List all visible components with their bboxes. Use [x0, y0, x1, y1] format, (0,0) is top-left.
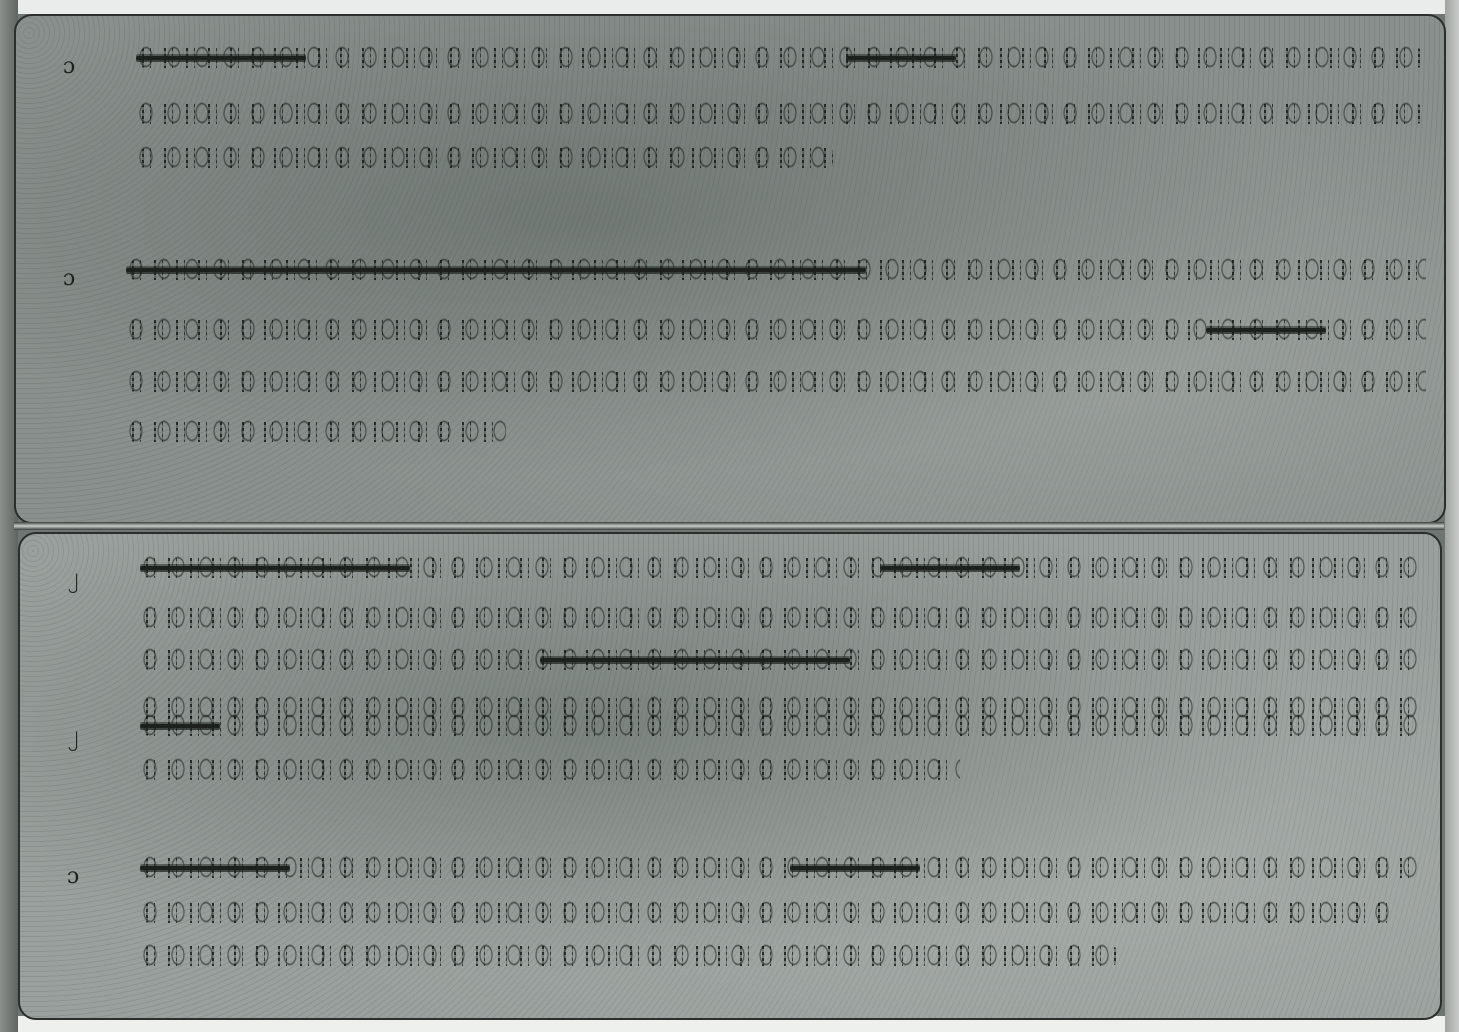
ink-loops	[140, 899, 1400, 925]
ink-loops	[140, 854, 1420, 880]
strikethrough-mark	[540, 658, 850, 662]
ink-loops	[140, 712, 1420, 738]
background-top-edge	[0, 0, 1459, 14]
strikethrough-mark	[880, 566, 1020, 570]
manuscript-panel-upper: ɔɔ	[14, 14, 1446, 524]
ink-loops	[126, 418, 506, 444]
strikethrough-mark	[140, 724, 220, 728]
strikethrough-mark	[790, 866, 920, 870]
handwritten-line	[126, 316, 1426, 342]
margin-section-marker: ၂	[60, 564, 86, 590]
handwritten-line	[140, 899, 1400, 925]
ink-loops	[140, 756, 960, 782]
handwritten-line	[136, 100, 1426, 126]
panel-fold-seam	[14, 522, 1444, 530]
handwritten-line	[126, 368, 1426, 394]
handwritten-line	[140, 942, 1120, 968]
handwritten-line	[136, 44, 1426, 70]
ink-loops	[140, 942, 1120, 968]
handwritten-line	[126, 418, 506, 444]
strikethrough-mark	[140, 866, 290, 870]
ink-loops	[126, 368, 1426, 394]
handwritten-line	[140, 712, 1420, 738]
strikethrough-mark	[140, 566, 410, 570]
manuscript-panel-lower: ၂၂ɔ	[18, 532, 1442, 1020]
handwritten-line	[140, 604, 1420, 630]
ink-loops	[136, 100, 1426, 126]
ink-loops	[140, 604, 1420, 630]
margin-section-marker: ɔ	[56, 266, 82, 292]
handwritten-line	[140, 854, 1420, 880]
strikethrough-mark	[136, 56, 306, 60]
margin-section-marker: ၂	[60, 722, 86, 748]
handwritten-line	[136, 144, 836, 170]
strikethrough-mark	[126, 268, 866, 272]
ink-loops	[136, 144, 836, 170]
handwritten-line	[126, 256, 1426, 282]
margin-section-marker: ɔ	[60, 864, 86, 890]
margin-section-marker: ɔ	[56, 54, 82, 80]
handwritten-line	[140, 646, 1420, 672]
strikethrough-mark	[1206, 328, 1326, 332]
handwritten-line	[140, 554, 1420, 580]
handwritten-line	[140, 756, 960, 782]
ink-loops	[136, 44, 1426, 70]
strikethrough-mark	[846, 56, 956, 60]
background-right-edge	[1445, 0, 1459, 1032]
